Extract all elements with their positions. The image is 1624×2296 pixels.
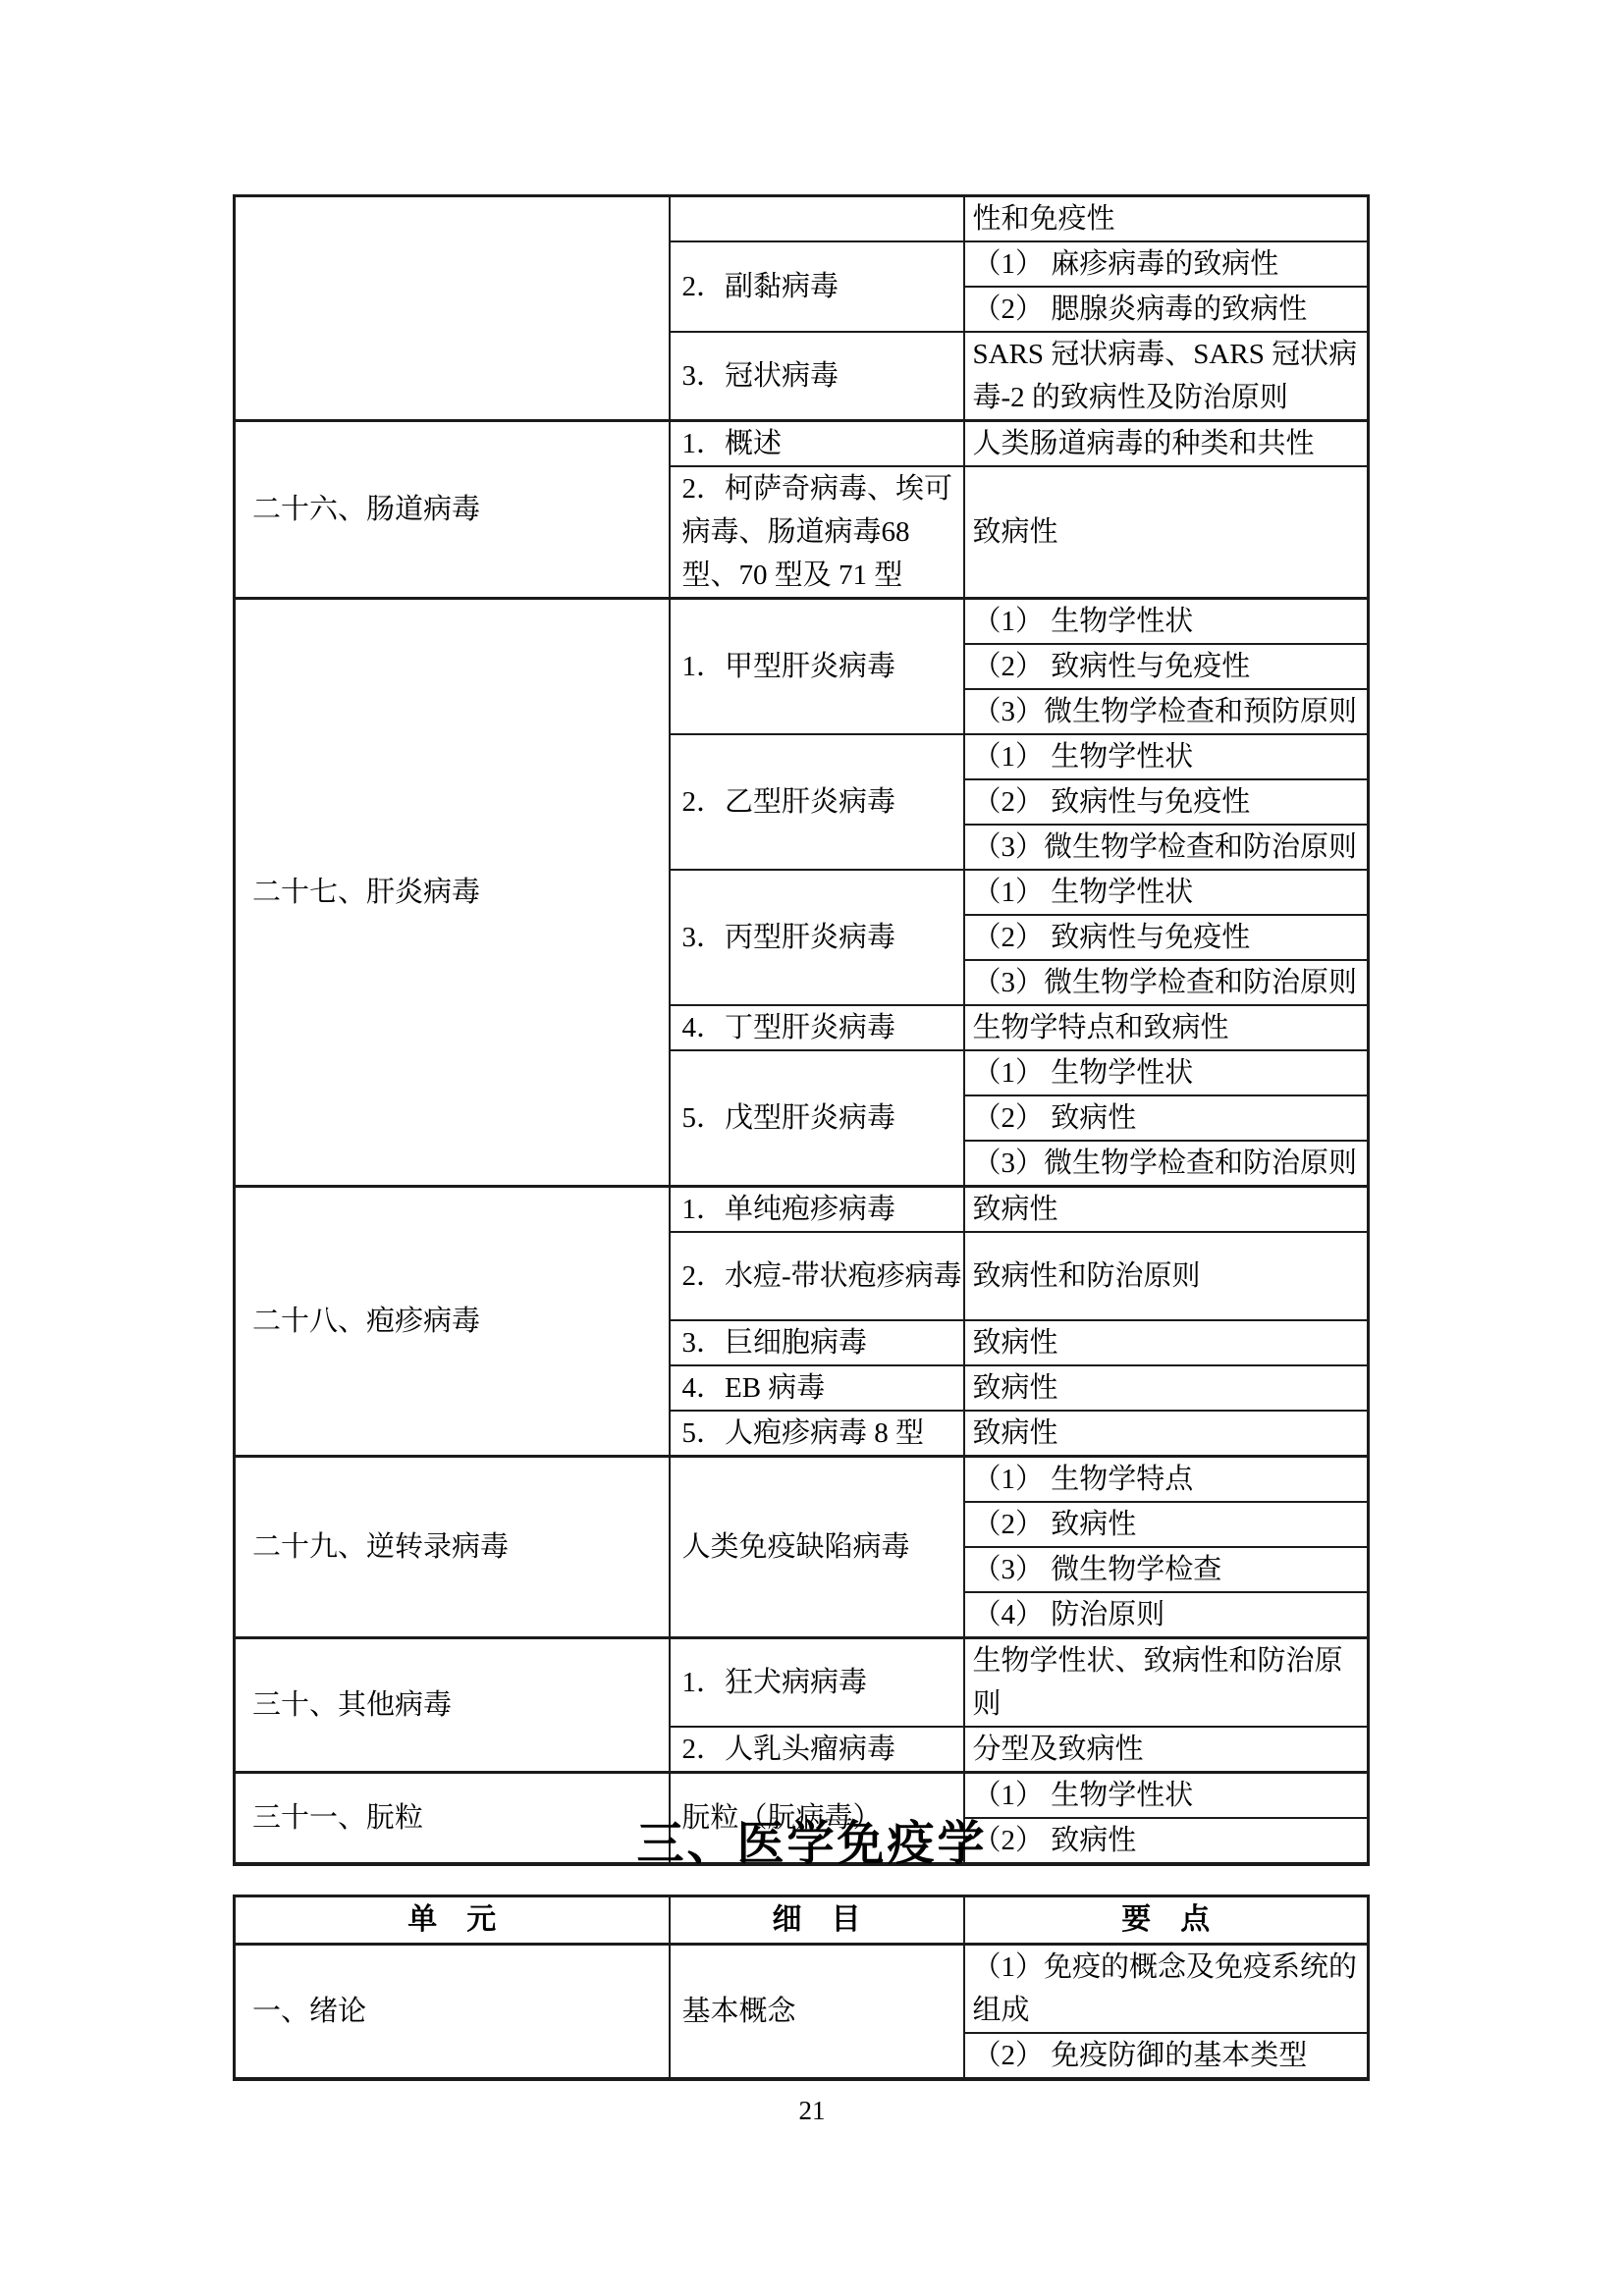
point-cell: （2） 致病性 [964,1095,1369,1141]
point-cell: 致病性和防治原则 [964,1232,1369,1320]
item-cell: 1．甲型肝炎病毒 [670,599,964,735]
item-cell: 1．概述 [670,421,964,467]
column-header-item: 细 目 [670,1896,964,1945]
item-cell: 5．戊型肝炎病毒 [670,1050,964,1187]
unit-cell: 二十九、逆转录病毒 [235,1457,670,1638]
unit-cell: 二十六、肠道病毒 [235,421,670,599]
point-cell: （3）微生物学检查和防治原则 [964,825,1369,870]
item-cell: 2．乙型肝炎病毒 [670,734,964,870]
item-cell: 1．单纯疱疹病毒 [670,1187,964,1233]
point-cell: 致病性 [964,1411,1369,1457]
item-cell: 1．狂犬病病毒 [670,1638,964,1728]
point-cell: 性和免疫性 [964,196,1369,242]
item-cell: 4．丁型肝炎病毒 [670,1005,964,1050]
point-cell: （4） 防治原则 [964,1592,1369,1638]
point-cell: （3）微生物学检查和防治原则 [964,960,1369,1005]
point-cell: （2） 致病性与免疫性 [964,779,1369,825]
point-cell: （3） 微生物学检查 [964,1547,1369,1592]
point-cell: （1） 生物学性状 [964,870,1369,915]
item-cell: 3．冠状病毒 [670,332,964,421]
point-cell: 生物学特点和致病性 [964,1005,1369,1050]
point-cell: （1） 麻疹病毒的致病性 [964,241,1369,287]
item-cell: 2．水痘-带状疱疹病毒 [670,1232,964,1320]
point-cell: 生物学性状、致病性和防治原则 [964,1638,1369,1728]
point-cell: （1） 生物学特点 [964,1457,1369,1503]
unit-cell [235,196,670,421]
point-cell: （2） 致病性与免疫性 [964,644,1369,689]
point-cell: （1）免疫的概念及免疫系统的组成 [964,1945,1369,2034]
virology-syllabus-table: 性和免疫性 2．副黏病毒 （1） 麻疹病毒的致病性 （2） 腮腺炎病毒的致病性 … [233,194,1370,1866]
item-cell: 3．丙型肝炎病毒 [670,870,964,1005]
section-heading: 三、医学免疫学 [0,1816,1624,1873]
item-cell: 2．副黏病毒 [670,241,964,332]
point-cell: 致病性 [964,1365,1369,1411]
point-cell: （1） 生物学性状 [964,1050,1369,1095]
point-cell: SARS 冠状病毒、SARS 冠状病毒-2 的致病性及防治原则 [964,332,1369,421]
unit-cell: 三十、其他病毒 [235,1638,670,1773]
point-cell: （1） 生物学性状 [964,734,1369,779]
item-cell [670,196,964,242]
item-cell: 基本概念 [670,1945,964,2080]
point-cell: （2） 致病性与免疫性 [964,915,1369,960]
point-cell: 致病性 [964,1320,1369,1365]
immunology-syllabus-table: 单 元 细 目 要 点 一、绪论 基本概念 （1）免疫的概念及免疫系统的组成 （… [233,1895,1370,2081]
unit-cell: 二十八、疱疹病毒 [235,1187,670,1457]
column-header-point: 要 点 [964,1896,1369,1945]
point-cell: 致病性 [964,1187,1369,1233]
unit-cell: 一、绪论 [235,1945,670,2080]
point-cell: （3）微生物学检查和防治原则 [964,1141,1369,1187]
point-cell: （2） 免疫防御的基本类型 [964,2033,1369,2079]
point-cell: 人类肠道病毒的种类和共性 [964,421,1369,467]
point-cell: （2） 致病性 [964,1502,1369,1547]
document-page: 性和免疫性 2．副黏病毒 （1） 麻疹病毒的致病性 （2） 腮腺炎病毒的致病性 … [0,0,1624,2296]
unit-cell: 二十七、肝炎病毒 [235,599,670,1187]
column-header-unit: 单 元 [235,1896,670,1945]
point-cell: 致病性 [964,466,1369,599]
page-number: 21 [0,2095,1624,2126]
point-cell: 分型及致病性 [964,1727,1369,1773]
point-cell: （1） 生物学性状 [964,1773,1369,1819]
point-cell: （2） 腮腺炎病毒的致病性 [964,287,1369,332]
item-cell: 5．人疱疹病毒 8 型 [670,1411,964,1457]
item-cell: 人类免疫缺陷病毒 [670,1457,964,1638]
item-cell: 2．人乳头瘤病毒 [670,1727,964,1773]
point-cell: （1） 生物学性状 [964,599,1369,645]
item-cell: 2．柯萨奇病毒、埃可病毒、肠道病毒68型、70 型及 71 型 [670,466,964,599]
item-cell: 4．EB 病毒 [670,1365,964,1411]
item-cell: 3．巨细胞病毒 [670,1320,964,1365]
point-cell: （3）微生物学检查和预防原则 [964,689,1369,734]
